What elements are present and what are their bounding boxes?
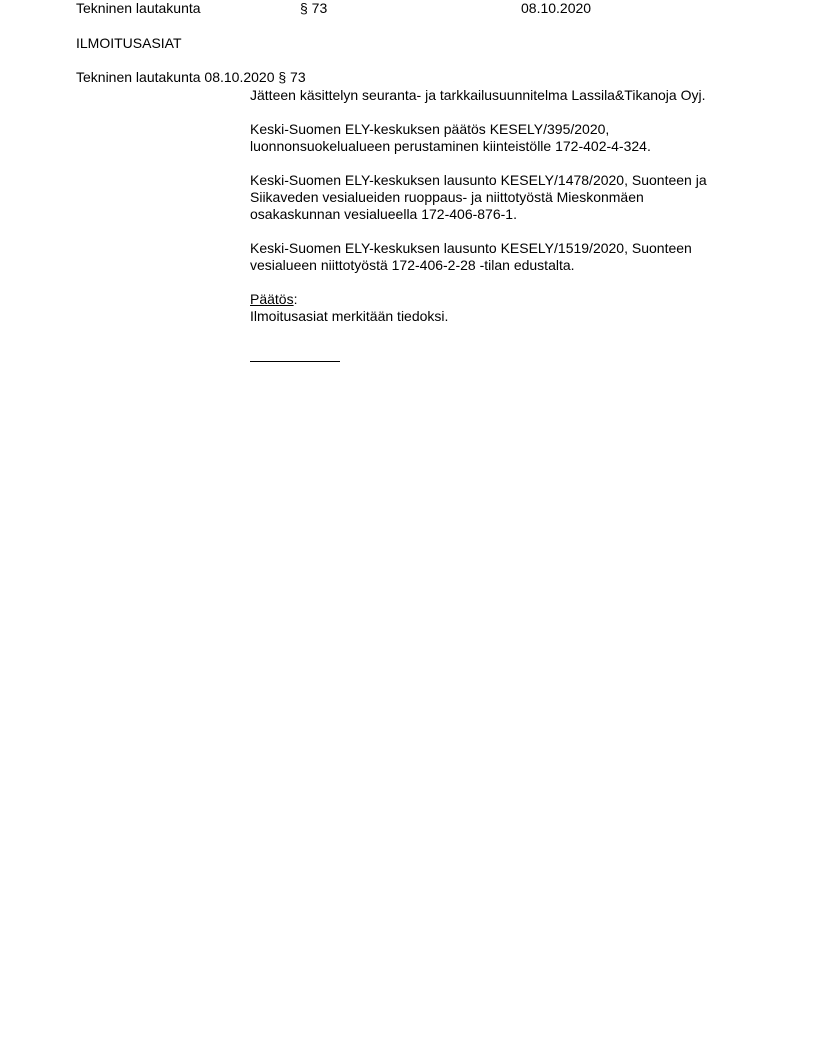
decision-text: Ilmoitusasiat merkitään tiedoksi.: [250, 308, 750, 325]
notice-item: Jätteen käsittelyn seuranta- ja tarkkail…: [250, 87, 750, 104]
header-section: § 73: [300, 0, 327, 17]
notice-item: Keski-Suomen ELY-keskuksen lausunto KESE…: [250, 240, 750, 274]
decision-block: Päätös: Ilmoitusasiat merkitään tiedoksi…: [250, 291, 750, 325]
meeting-reference: Tekninen lautakunta 08.10.2020 § 73: [76, 69, 306, 86]
header-committee: Tekninen lautakunta: [76, 0, 201, 17]
signature-divider: [250, 361, 340, 362]
header-date: 08.10.2020: [521, 0, 591, 17]
notice-item: Keski-Suomen ELY-keskuksen lausunto KESE…: [250, 172, 750, 223]
document-body: Jätteen käsittelyn seuranta- ja tarkkail…: [250, 87, 750, 342]
notice-item: Keski-Suomen ELY-keskuksen päätös KESELY…: [250, 121, 750, 155]
decision-label: Päätös: [250, 291, 294, 307]
document-title: ILMOITUSASIAT: [76, 35, 182, 52]
